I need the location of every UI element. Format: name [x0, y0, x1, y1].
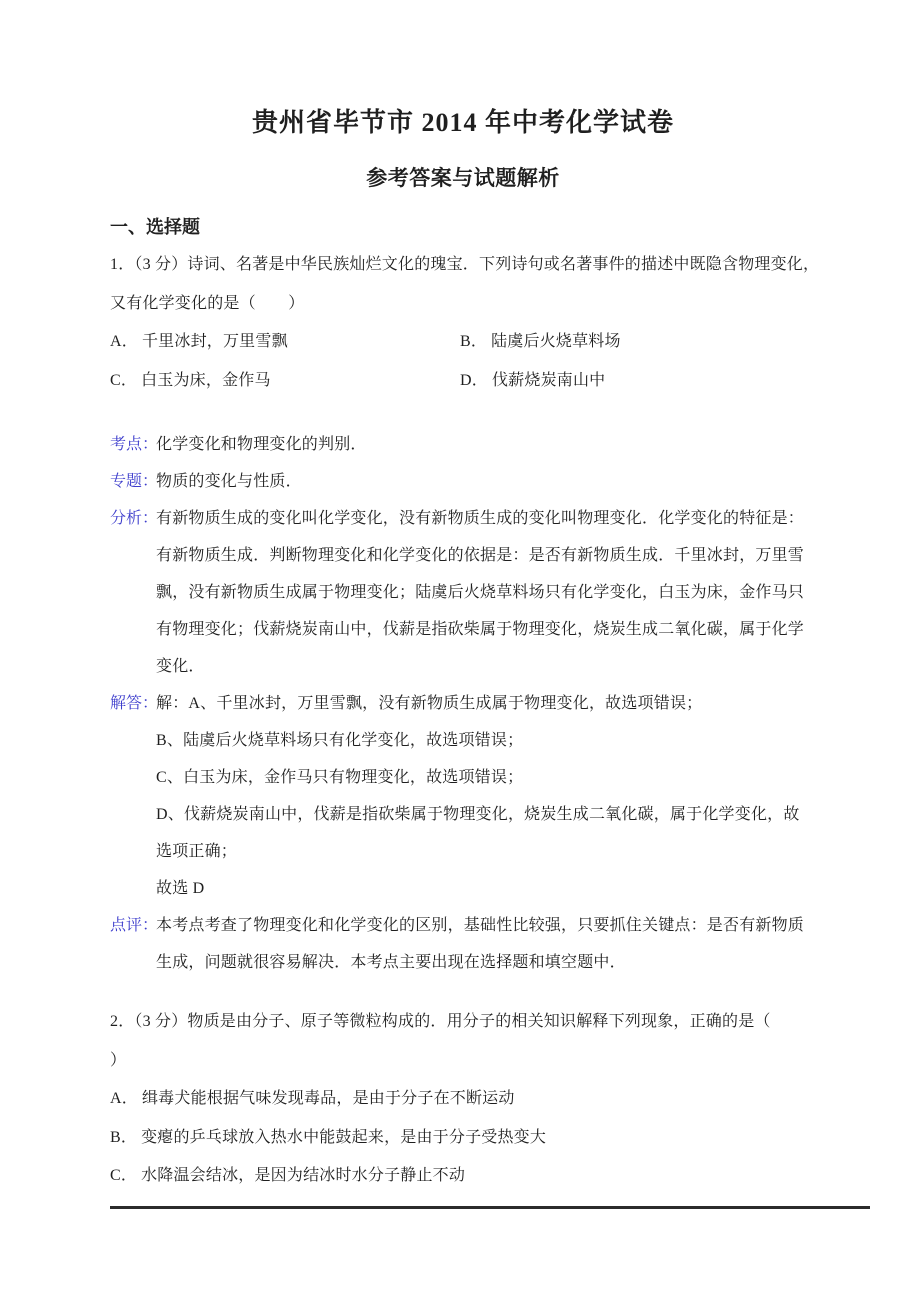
option-key: C． — [110, 1167, 137, 1184]
question-2-stem-line: ） — [110, 1042, 816, 1081]
dianping-row: 点评： 本考点考查了物理变化和化学变化的区别，基础性比较强，只要抓住关键点：是否… — [110, 907, 816, 981]
jieda-row: 解答： 解：A、千里冰封，万里雪飘，没有新物质生成属于物理变化，故选项错误； B… — [110, 685, 816, 907]
question-2-option-a: A．缉毒犬能根据气味发现毒品，是由于分子在不断运动 — [110, 1080, 816, 1119]
option-text: 伐薪烧炭南山中 — [492, 372, 605, 389]
jieda-line: 选项正确； — [156, 833, 816, 870]
option-text: 陆虞后火烧草料场 — [491, 333, 621, 350]
jieda-line: C、白玉为床，金作马只有物理变化，故选项错误； — [156, 759, 816, 796]
fenxi-label: 分析： — [110, 500, 156, 685]
kaodian-row: 考点： 化学变化和物理变化的判别． — [110, 426, 816, 463]
kaodian-text: 化学变化和物理变化的判别． — [156, 426, 816, 463]
question-1-option-c: C．白玉为床，金作马 — [110, 362, 460, 401]
document-title: 贵州省毕节市 2014 年中考化学试卷 — [110, 106, 816, 140]
question-1-explanation: 考点： 化学变化和物理变化的判别． 专题： 物质的变化与性质． 分析： 有新物质… — [110, 426, 816, 981]
document-subtitle: 参考答案与试题解析 — [110, 164, 816, 192]
question-1-stem-line: 1．（3 分）诗词、名著是中华民族灿烂文化的瑰宝．下列诗句或名著事件的描述中既隐… — [110, 246, 816, 285]
fenxi-row: 分析： 有新物质生成的变化叫化学变化，没有新物质生成的变化叫物理变化．化学变化的… — [110, 500, 816, 685]
document-page: 贵州省毕节市 2014 年中考化学试卷 参考答案与试题解析 一、选择题 1．（3… — [0, 0, 920, 1302]
question-1-option-a: A．千里冰封，万里雪飘 — [110, 323, 460, 362]
kaodian-label: 考点： — [110, 426, 156, 463]
zhuanti-content: 物质的变化与性质． — [156, 463, 816, 500]
fenxi-content: 有新物质生成的变化叫化学变化，没有新物质生成的变化叫物理变化．化学变化的特征是：… — [156, 500, 816, 685]
question-2-stem-line: 2．（3 分）物质是由分子、原子等微粒构成的．用分子的相关知识解释下列现象，正确… — [110, 1003, 816, 1042]
option-key: C． — [110, 372, 137, 389]
question-2-option-c: C．水降温会结冰，是因为结冰时水分子静止不动 — [110, 1157, 816, 1196]
zhuanti-row: 专题： 物质的变化与性质． — [110, 463, 816, 500]
jieda-line: 故选 D — [156, 870, 816, 907]
footer-divider — [110, 1206, 870, 1209]
jieda-content: 解：A、千里冰封，万里雪飘，没有新物质生成属于物理变化，故选项错误； B、陆虞后… — [156, 685, 816, 907]
option-key: B． — [460, 333, 487, 350]
question-1-option-b: B．陆虞后火烧草料场 — [460, 323, 621, 362]
question-1-options-row: A．千里冰封，万里雪飘 B．陆虞后火烧草料场 — [110, 323, 816, 362]
option-key: B． — [110, 1129, 137, 1146]
jieda-line: D、伐薪烧炭南山中，伐薪是指砍柴属于物理变化，烧炭生成二氧化碳，属于化学变化，故 — [156, 796, 816, 833]
option-key: A． — [110, 1090, 138, 1107]
option-key: D． — [460, 372, 488, 389]
fenxi-line: 有新物质生成．判断物理变化和化学变化的依据是：是否有新物质生成．千里冰封，万里雪 — [156, 537, 816, 574]
fenxi-line: 有新物质生成的变化叫化学变化，没有新物质生成的变化叫物理变化．化学变化的特征是： — [156, 500, 816, 537]
question-2: 2．（3 分）物质是由分子、原子等微粒构成的．用分子的相关知识解释下列现象，正确… — [110, 1003, 816, 1196]
question-1-stem-line: 又有化学变化的是（ ） — [110, 285, 816, 324]
zhuanti-text: 物质的变化与性质． — [156, 463, 816, 500]
question-1-option-d: D．伐薪烧炭南山中 — [460, 362, 605, 401]
jieda-line: B、陆虞后火烧草料场只有化学变化，故选项错误； — [156, 722, 816, 759]
option-text: 缉毒犬能根据气味发现毒品，是由于分子在不断运动 — [142, 1090, 515, 1107]
question-1-options-row: C．白玉为床，金作马 D．伐薪烧炭南山中 — [110, 362, 816, 401]
dianping-line: 本考点考查了物理变化和化学变化的区别，基础性比较强，只要抓住关键点：是否有新物质 — [156, 907, 816, 944]
dianping-line: 生成，问题就很容易解决．本考点主要出现在选择题和填空题中． — [156, 944, 816, 981]
jieda-line: 解：A、千里冰封，万里雪飘，没有新物质生成属于物理变化，故选项错误； — [156, 685, 816, 722]
dianping-label: 点评： — [110, 907, 156, 981]
fenxi-line: 飘，没有新物质生成属于物理变化；陆虞后火烧草料场只有化学变化，白玉为床，金作马只 — [156, 574, 816, 611]
fenxi-line: 变化． — [156, 648, 816, 685]
question-2-option-b: B．变瘪的乒乓球放入热水中能鼓起来，是由于分子受热变大 — [110, 1119, 816, 1158]
kaodian-content: 化学变化和物理变化的判别． — [156, 426, 816, 463]
option-text: 变瘪的乒乓球放入热水中能鼓起来，是由于分子受热变大 — [141, 1129, 546, 1146]
option-text: 水降温会结冰，是因为结冰时水分子静止不动 — [141, 1167, 465, 1184]
jieda-label: 解答： — [110, 685, 156, 907]
option-text: 白玉为床，金作马 — [141, 372, 271, 389]
section-heading: 一、选择题 — [110, 214, 816, 240]
option-text: 千里冰封，万里雪飘 — [142, 333, 288, 350]
document-content: 贵州省毕节市 2014 年中考化学试卷 参考答案与试题解析 一、选择题 1．（3… — [110, 106, 816, 1196]
question-1: 1．（3 分）诗词、名著是中华民族灿烂文化的瑰宝．下列诗句或名著事件的描述中既隐… — [110, 246, 816, 400]
zhuanti-label: 专题： — [110, 463, 156, 500]
dianping-content: 本考点考查了物理变化和化学变化的区别，基础性比较强，只要抓住关键点：是否有新物质… — [156, 907, 816, 981]
option-key: A． — [110, 333, 138, 350]
fenxi-line: 有物理变化；伐薪烧炭南山中，伐薪是指砍柴属于物理变化，烧炭生成二氧化碳，属于化学 — [156, 611, 816, 648]
